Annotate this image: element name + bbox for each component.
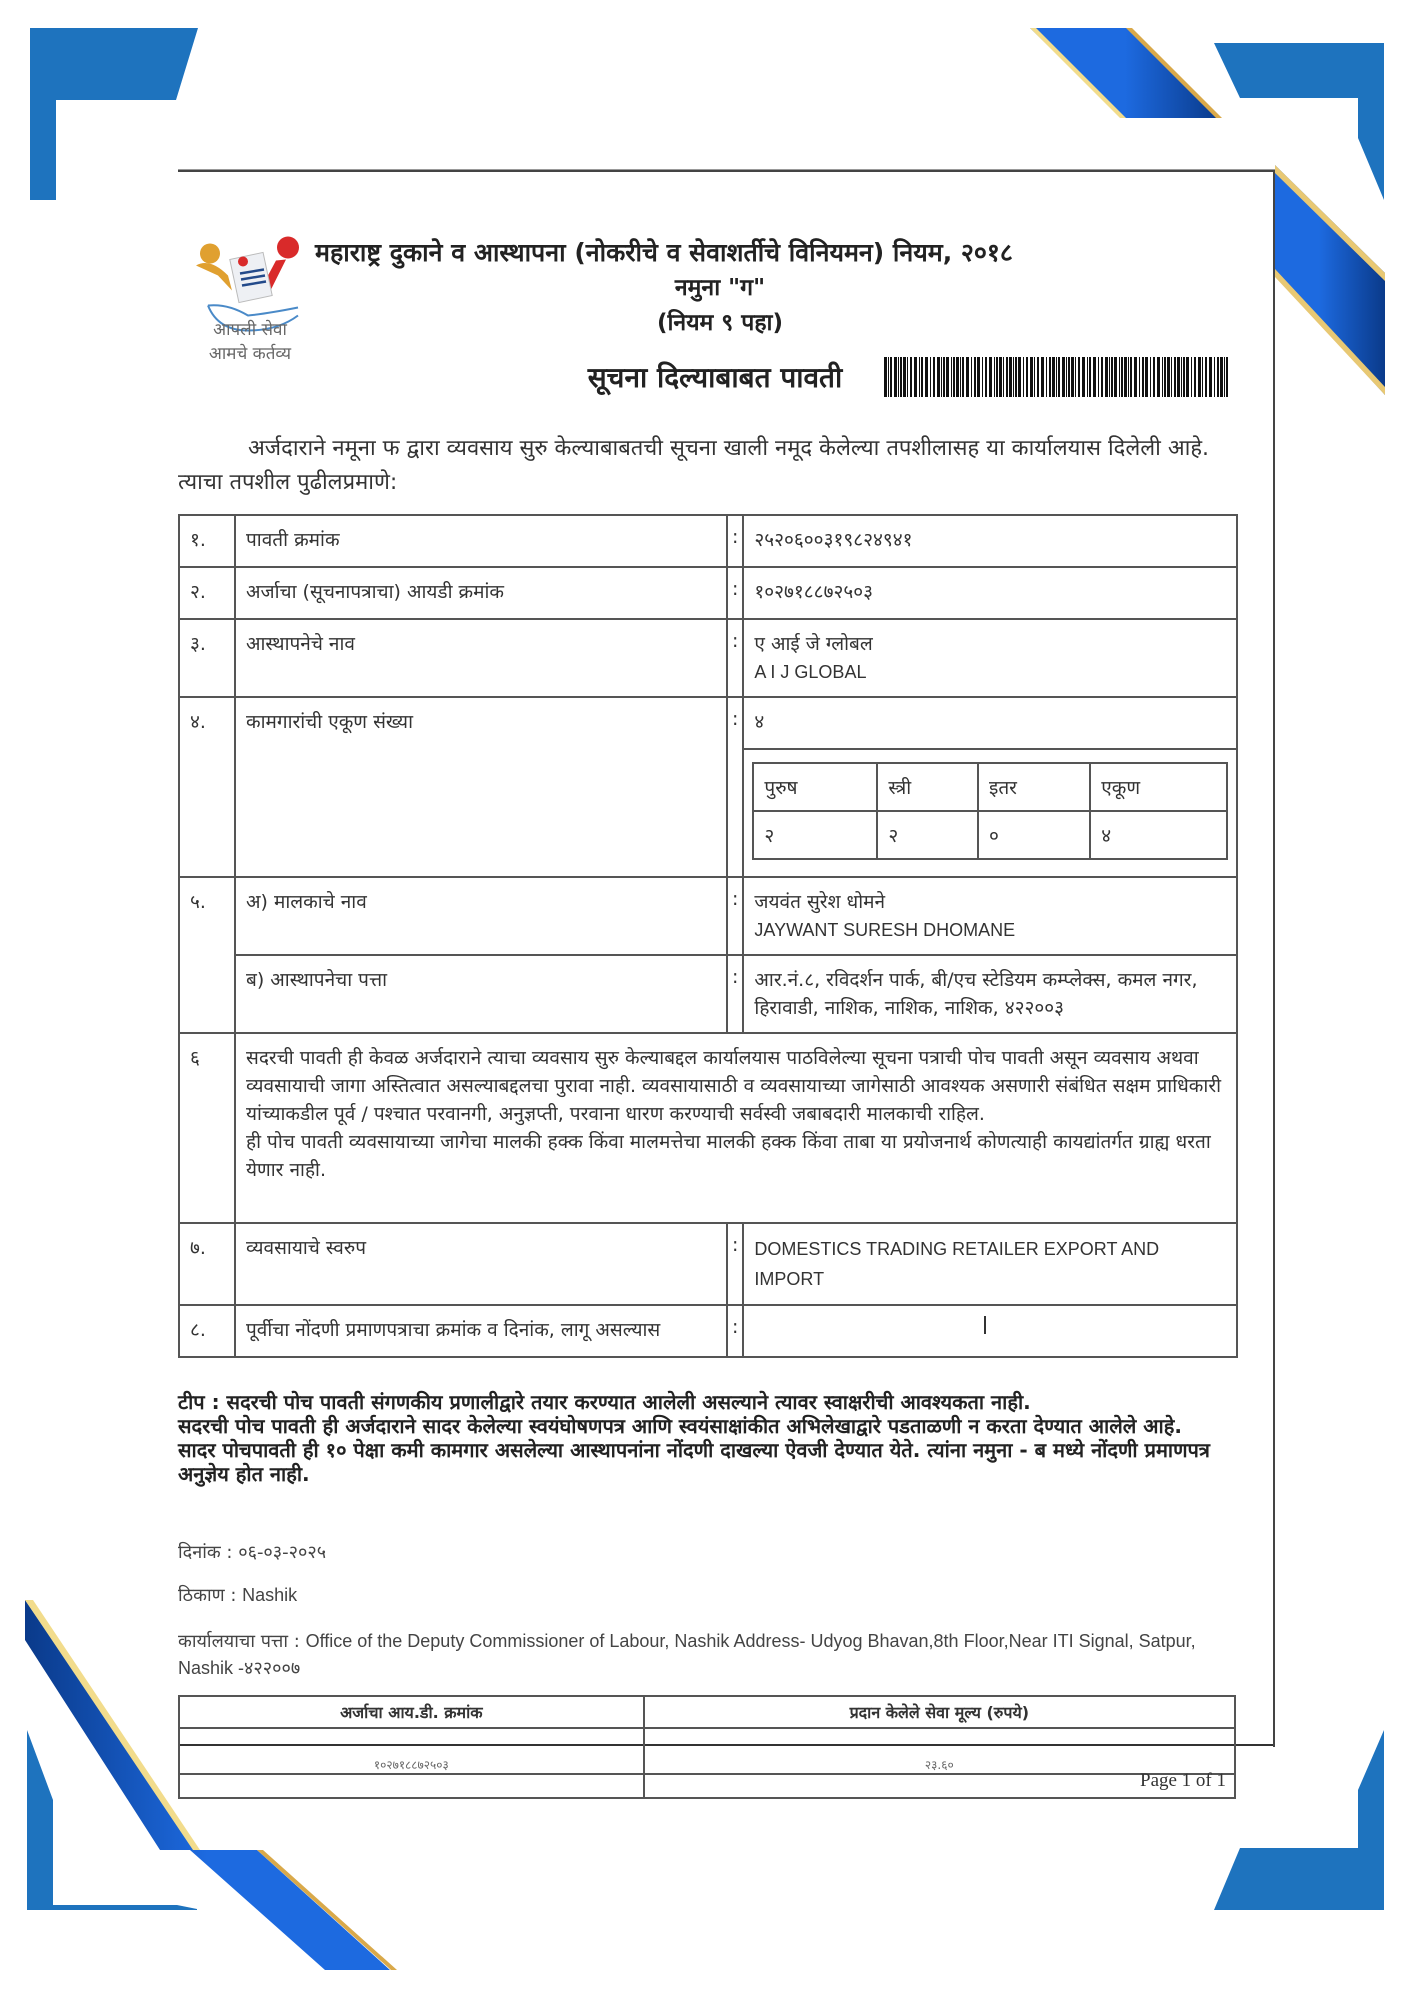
row-number: ५. — [179, 877, 235, 1033]
row-label: आस्थापनेचे नाव — [235, 619, 727, 697]
table-row: ८. पूर्वीचा नोंदणी प्रमाणपत्राचा क्रमांक… — [179, 1305, 1237, 1357]
office-address-line: कार्यालयाचा पत्ता : Office of the Deputy… — [178, 1628, 1248, 1682]
row-number: ६ — [179, 1033, 235, 1223]
table-row: १. पावती क्रमांक : २५२०६००३१९८२४९४१ — [179, 515, 1237, 567]
table-row: ७. व्यवसायाचे स्वरुप : DOMESTICS TRADING… — [179, 1223, 1237, 1305]
row-number: ८. — [179, 1305, 235, 1357]
row-number: ४. — [179, 697, 235, 877]
colon: : — [727, 697, 743, 877]
row-number: २. — [179, 567, 235, 619]
worker-breakdown-table: पुरुष स्त्री इतर एकूण २ २ ० ४ — [752, 762, 1228, 860]
establishment-name-marathi: ए आई जे ग्लोबल — [754, 630, 1226, 656]
frame-corner-bottom-right — [1214, 1730, 1384, 1910]
logo-tagline-line2: आमचे कर्तव्य — [190, 342, 310, 366]
table-row: ब) आस्थापनेचा पत्ता : आर.नं.८, रविदर्शन … — [179, 955, 1237, 1033]
fee-header-application-id: अर्जाचा आय.डी. क्रमांक — [179, 1696, 644, 1728]
worker-count: ४ पुरुष स्त्री इतर एकूण २ २ ० ४ — [743, 697, 1237, 877]
fee-service-charge: २३.६० — [644, 1728, 1235, 1774]
fee-empty-cell — [179, 1774, 644, 1798]
colon: : — [727, 877, 743, 955]
logo-tagline-line1: आपली सेवा — [190, 318, 310, 342]
colon: : — [727, 567, 743, 619]
row-label: पावती क्रमांक — [235, 515, 727, 567]
table-row: ४. कामगारांची एकूण संख्या : ४ पुरुष स्त्… — [179, 697, 1237, 877]
owner-name-english: JAYWANT SURESH DHOMANE — [754, 920, 1226, 941]
page-number: Page 1 of 1 — [1140, 1770, 1226, 1792]
note-line-3: सादर पोचपावती ही १० पेक्षा कमी कामगार अस… — [178, 1438, 1238, 1486]
owner-name-marathi: जयवंत सुरेश धोमने — [754, 888, 1226, 914]
row-number: १. — [179, 515, 235, 567]
receipt-number: २५२०६००३१९८२४९४१ — [743, 515, 1237, 567]
header-other: इतर — [978, 763, 1090, 811]
row-number: ७. — [179, 1223, 235, 1305]
note-line-2: सदरची पोच पावती ही अर्जदाराने सादर केलेल… — [178, 1414, 1238, 1438]
ribbon-right — [1275, 165, 1387, 395]
table-row: ५. अ) मालकाचे नाव : जयवंत सुरेश धोमने JA… — [179, 877, 1237, 955]
worker-total: ४ — [744, 698, 1236, 750]
table-row: ३. आस्थापनेचे नाव : ए आई जे ग्लोबल A I J… — [179, 619, 1237, 697]
service-fee-table: अर्जाचा आय.डी. क्रमांक प्रदान केलेले सेव… — [178, 1695, 1236, 1799]
count-total: ४ — [1090, 811, 1227, 859]
row-label: व्यवसायाचे स्वरुप — [235, 1223, 727, 1305]
row-label: कामगारांची एकूण संख्या — [235, 697, 727, 877]
disclaimer-paragraph-1: सदरची पावती ही केवळ अर्जदाराने त्याचा व्… — [246, 1044, 1226, 1128]
count-female: २ — [877, 811, 978, 859]
colon: : — [727, 955, 743, 1033]
intro-text: अर्जदाराने नमूना फ द्वारा व्यवसाय सुरु क… — [178, 436, 1209, 495]
date-line: दिनांक : ०६-०३-२०२५ — [178, 1540, 326, 1564]
logo-tagline: आपली सेवा आमचे कर्तव्य — [190, 318, 310, 366]
disclaimer-paragraph-2: ही पोच पावती व्यवसायाच्या जागेचा मालकी ह… — [246, 1128, 1226, 1184]
office-address-label: कार्यालयाचा पत्ता : — [178, 1631, 300, 1652]
note-block: टीप : सदरची पोच पावती संगणकीय प्रणालीद्व… — [178, 1390, 1238, 1486]
text-cursor — [984, 1316, 986, 1334]
fee-header-service-charge: प्रदान केलेले सेवा मूल्य (रुपये) — [644, 1696, 1235, 1728]
details-table: १. पावती क्रमांक : २५२०६००३१९८२४९४१ २. अ… — [178, 514, 1238, 1358]
business-nature-value: DOMESTICS TRADING RETAILER EXPORT AND IM… — [754, 1234, 1226, 1294]
establishment-name-english: A I J GLOBAL — [754, 662, 1226, 683]
note-line-1: टीप : सदरची पोच पावती संगणकीय प्रणालीद्व… — [178, 1390, 1238, 1414]
document-title: महाराष्ट्र दुकाने व आस्थापना (नोकरीचे व … — [315, 235, 1165, 269]
count-male: २ — [753, 811, 877, 859]
colon: : — [727, 515, 743, 567]
receipt-title: सूचना दिल्याबाबत पावती — [550, 358, 880, 396]
fee-application-id: १०२७१८८७२५०३ — [179, 1728, 644, 1774]
owner-name: जयवंत सुरेश धोमने JAYWANT SURESH DHOMANE — [743, 877, 1237, 955]
header-total: एकूण — [1090, 763, 1227, 811]
table-row: ६ सदरची पावती ही केवळ अर्जदाराने त्याचा … — [179, 1033, 1237, 1223]
colon: : — [727, 1305, 743, 1357]
date-value: ०६-०३-२०२५ — [238, 1542, 326, 1563]
frame-corner-top-left — [30, 28, 198, 200]
establishment-address: आर.नं.८, रविदर्शन पार्क, बी/एच स्टेडियम … — [743, 955, 1237, 1033]
place-value: Nashik — [242, 1585, 297, 1605]
row-number: ३. — [179, 619, 235, 697]
business-nature: DOMESTICS TRADING RETAILER EXPORT AND IM… — [743, 1223, 1237, 1305]
form-name: नमुना "ग" — [570, 270, 870, 302]
colon: : — [727, 619, 743, 697]
intro-paragraph: अर्जदाराने नमूना फ द्वारा व्यवसाय सुरु क… — [178, 432, 1238, 500]
place-label: ठिकाण : — [178, 1585, 236, 1606]
count-other: ० — [978, 811, 1090, 859]
row-label: अ) मालकाचे नाव — [235, 877, 727, 955]
barcode-icon — [884, 357, 1230, 397]
office-address-value: Office of the Deputy Commissioner of Lab… — [178, 1631, 1196, 1678]
header-female: स्त्री — [877, 763, 978, 811]
application-id: १०२७१८८७२५०३ — [743, 567, 1237, 619]
place-line: ठिकाण : Nashik — [178, 1583, 297, 1607]
disclaimer-cell: सदरची पावती ही केवळ अर्जदाराने त्याचा व्… — [235, 1033, 1237, 1223]
ribbon-top-right — [1030, 28, 1230, 118]
establishment-name: ए आई जे ग्लोबल A I J GLOBAL — [743, 619, 1237, 697]
header-male: पुरुष — [753, 763, 877, 811]
colon: : — [727, 1223, 743, 1305]
previous-registration — [743, 1305, 1237, 1357]
rule-reference: (नियम ९ पहा) — [570, 305, 870, 337]
row-label: पूर्वीचा नोंदणी प्रमाणपत्राचा क्रमांक व … — [235, 1305, 727, 1357]
table-row: २. अर्जाचा (सूचनापत्राचा) आयडी क्रमांक :… — [179, 567, 1237, 619]
row-label: ब) आस्थापनेचा पत्ता — [235, 955, 727, 1033]
date-label: दिनांक : — [178, 1542, 232, 1563]
row-label: अर्जाचा (सूचनापत्राचा) आयडी क्रमांक — [235, 567, 727, 619]
